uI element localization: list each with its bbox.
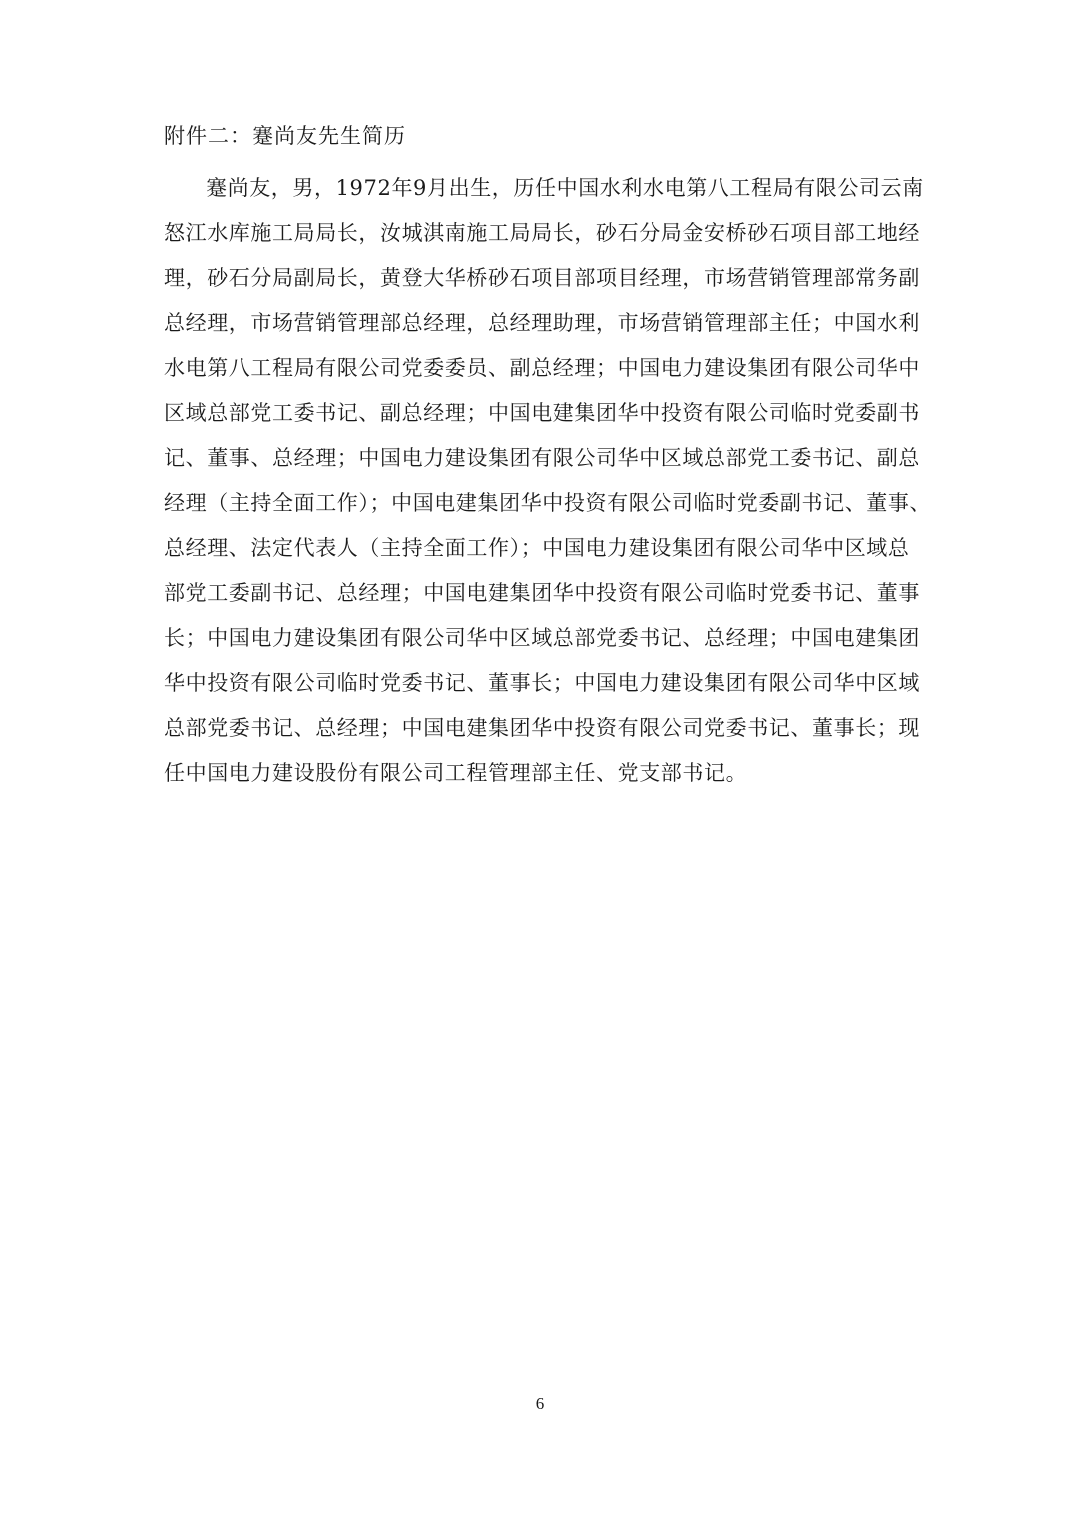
paragraph-line: 任中国电力建设股份有限公司工程管理部主任、党支部书记。 — [164, 758, 924, 803]
paragraph-line: 经理（主持全面工作）；中国电建集团华中投资有限公司临时党委副书记、董事、 — [164, 488, 924, 533]
paragraph-line: 总经理、法定代表人（主持全面工作）；中国电力建设集团有限公司华中区域总 — [164, 533, 924, 578]
paragraph-line: 总部党委书记、总经理；中国电建集团华中投资有限公司党委书记、董事长；现 — [164, 713, 924, 758]
biography-paragraph: 蹇尚友，男，1972年9月出生，历任中国水利水电第八工程局有限公司云南 怒江水库… — [164, 173, 924, 803]
paragraph-line: 怒江水库施工局局长，汝城淇南施工局局长，砂石分局金安桥砂石项目部工地经 — [164, 218, 924, 263]
paragraph-line: 水电第八工程局有限公司党委委员、副总经理；中国电力建设集团有限公司华中 — [164, 353, 924, 398]
attachment-heading: 附件二：蹇尚友先生简历 — [164, 120, 406, 152]
paragraph-line: 总经理，市场营销管理部总经理，总经理助理，市场营销管理部主任；中国水利 — [164, 308, 924, 353]
page-number: 6 — [0, 1394, 1080, 1414]
paragraph-line: 华中投资有限公司临时党委书记、董事长；中国电力建设集团有限公司华中区域 — [164, 668, 924, 713]
paragraph-line: 区域总部党工委书记、副总经理；中国电建集团华中投资有限公司临时党委副书 — [164, 398, 924, 443]
paragraph-line: 理，砂石分局副局长，黄登大华桥砂石项目部项目经理，市场营销管理部常务副 — [164, 263, 924, 308]
paragraph-line: 长；中国电力建设集团有限公司华中区域总部党委书记、总经理；中国电建集团 — [164, 623, 924, 668]
paragraph-line: 记、董事、总经理；中国电力建设集团有限公司华中区域总部党工委书记、副总 — [164, 443, 924, 488]
paragraph-line: 部党工委副书记、总经理；中国电建集团华中投资有限公司临时党委书记、董事 — [164, 578, 924, 623]
document-page: 附件二：蹇尚友先生简历 蹇尚友，男，1972年9月出生，历任中国水利水电第八工程… — [0, 0, 1080, 1527]
paragraph-line: 蹇尚友，男，1972年9月出生，历任中国水利水电第八工程局有限公司云南 — [164, 173, 924, 218]
